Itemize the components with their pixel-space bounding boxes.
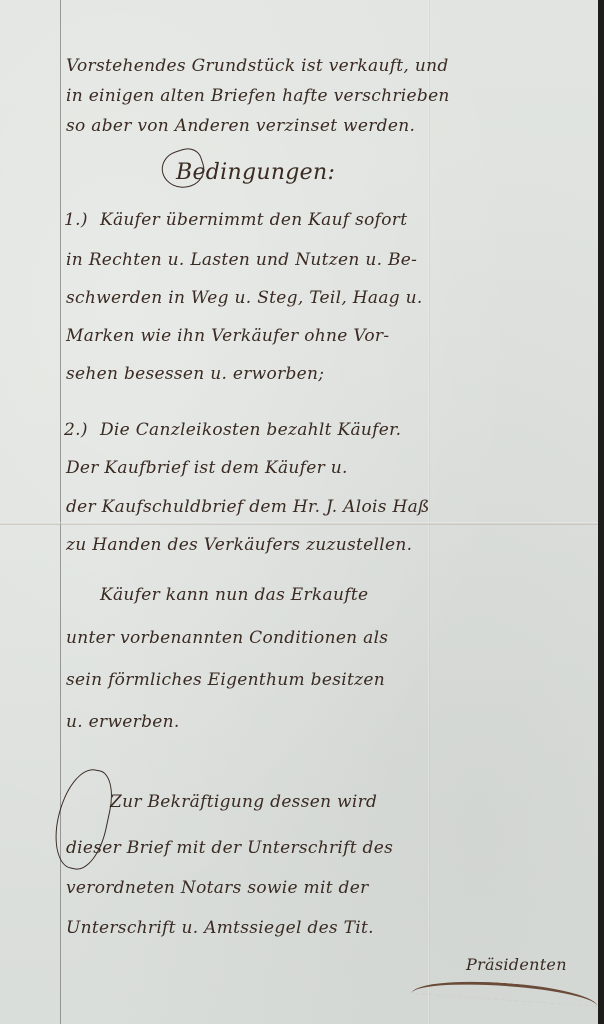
condition-1-line-1: Käufer übernimmt den Kauf sofort <box>100 210 407 230</box>
condition-2-number: 2.) <box>64 420 88 440</box>
closing-line-1: Käufer kann nun das Erkaufte <box>100 585 368 605</box>
condition-1-line-5: sehen besessen u. erworben; <box>66 364 324 384</box>
condition-2-line-1: Die Canzleikosten bezahlt Käufer. <box>100 420 401 440</box>
closing-line-3: sein förmliches Eigenthum besitzen <box>66 670 385 690</box>
condition-2-line-4: zu Handen des Verkäufers zuzustellen. <box>66 535 412 555</box>
closing-line-2: unter vorbenannten Conditionen als <box>66 628 388 648</box>
condition-1-line-3: schwerden in Weg u. Steg, Teil, Haag u. <box>66 288 423 308</box>
horizontal-fold <box>0 522 598 525</box>
intro-line-2: in einigen alten Briefen hafte verschrie… <box>66 86 450 106</box>
intro-line-1: Vorstehendes Grundstück ist verkauft, un… <box>66 56 449 76</box>
margin-rule <box>60 0 61 1024</box>
closing-line-4: u. erwerben. <box>66 712 180 732</box>
intro-line-3: so aber von Anderen verzinset werden. <box>66 116 415 136</box>
signature-praesidenten: Präsidenten <box>466 955 567 974</box>
attestation-line-3: verordneten Notars sowie mit der <box>66 878 369 898</box>
condition-2-line-2: Der Kaufbrief ist dem Käufer u. <box>66 458 348 478</box>
heading-bedingungen: Bedingungen: <box>176 160 335 185</box>
attestation-line-4: Unterschrift u. Amtssiegel des Tit. <box>66 918 374 938</box>
condition-1-line-2: in Rechten u. Lasten und Nutzen u. Be- <box>66 250 417 270</box>
page-edge-shadow <box>598 0 604 1024</box>
attestation-line-1: Zur Bekräftigung dessen wird <box>110 792 377 812</box>
attestation-line-2: dieser Brief mit der Unterschrift des <box>66 838 393 858</box>
condition-1-line-4: Marken wie ihn Verkäufer ohne Vor- <box>66 326 389 346</box>
condition-1-number: 1.) <box>64 210 88 230</box>
condition-2-line-3: der Kaufschuldbrief dem Hr. J. Alois Haß <box>66 497 430 517</box>
